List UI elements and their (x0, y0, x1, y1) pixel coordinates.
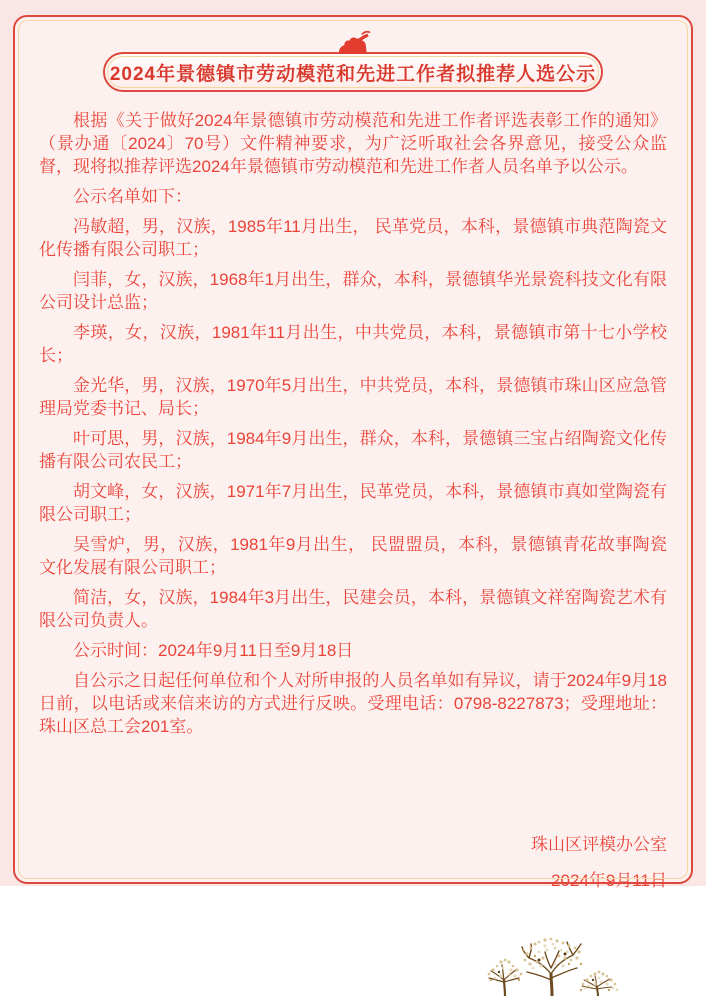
signature-date: 2024年9月11日 (39, 869, 667, 892)
person-entry: 李瑛，女，汉族，1981年11月出生，中共党员，本科，景德镇市第十七小学校长； (39, 321, 667, 367)
red-figures-ornament-icon (334, 30, 372, 55)
person-entry: 冯敏超，男，汉族，1985年11月出生， 民革党员，本科，景德镇市典范陶瓷文化传… (39, 215, 667, 261)
intro-paragraph: 根据《关于做好2024年景德镇市劳动模范和先进工作者评选表彰工作的通知》（景办通… (39, 109, 667, 178)
publicity-period: 公示时间：2024年9月11日至9月18日 (39, 639, 667, 662)
notice-body: 根据《关于做好2024年景德镇市劳动模范和先进工作者评选表彰工作的通知》（景办通… (39, 109, 667, 892)
pink-background-panel: 2024年景德镇市劳动模范和先进工作者拟推荐人选公示 根据《关于做好2024年景… (0, 0, 706, 886)
title-banner: 2024年景德镇市劳动模范和先进工作者拟推荐人选公示 (103, 52, 603, 92)
blossom-trees-icon (465, 934, 640, 996)
page: { "notice": { "title": "2024年景德镇市劳动模范和先进… (0, 0, 706, 996)
list-header: 公示名单如下： (39, 185, 667, 208)
person-entry: 吴雪炉，男，汉族，1981年9月出生， 民盟盟员，本科，景德镇青花故事陶瓷文化发… (39, 533, 667, 579)
notice-box: 2024年景德镇市劳动模范和先进工作者拟推荐人选公示 根据《关于做好2024年景… (13, 15, 693, 884)
person-entry: 简洁，女，汉族，1984年3月出生，民建会员，本科，景德镇文祥窑陶瓷艺术有限公司… (39, 586, 667, 632)
person-entry: 胡文峰，女，汉族，1971年7月出生，民革党员，本科，景德镇市真如堂陶瓷有限公司… (39, 480, 667, 526)
person-entry: 金光华，男，汉族，1970年5月出生，中共党员，本科，景德镇市珠山区应急管理局党… (39, 374, 667, 420)
title-banner-wrap: 2024年景德镇市劳动模范和先进工作者拟推荐人选公示 (103, 52, 603, 92)
signature-org: 珠山区评模办公室 (39, 833, 667, 856)
signature-block: 珠山区评模办公室 2024年9月11日 (39, 833, 667, 892)
page-title: 2024年景德镇市劳动模范和先进工作者拟推荐人选公示 (110, 59, 596, 86)
person-entry: 闫菲，女，汉族，1968年1月出生，群众，本科，景德镇华光景瓷科技文化有限公司设… (39, 268, 667, 314)
person-entry: 叶可思，男，汉族，1984年9月出生，群众，本科，景德镇三宝占绍陶瓷文化传播有限… (39, 427, 667, 473)
notice-content: 2024年景德镇市劳动模范和先进工作者拟推荐人选公示 根据《关于做好2024年景… (15, 52, 691, 917)
feedback-paragraph: 自公示之日起任何单位和个人对所申报的人员名单如有异议，请于2024年9月18日前… (39, 669, 667, 738)
